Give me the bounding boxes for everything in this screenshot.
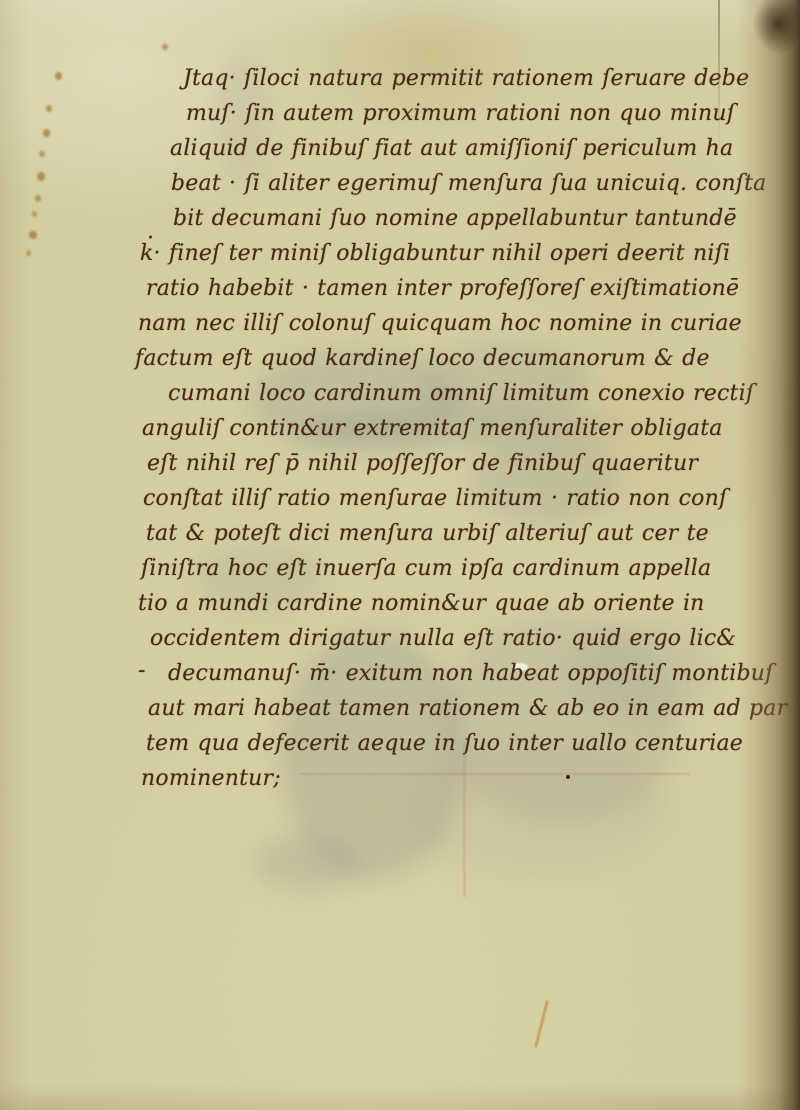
text-line-16: tio a mundi cardine nomin&ur quae ab ori… xyxy=(138,589,705,619)
text-line-10: cumani loco cardinum omniſ limitum conex… xyxy=(168,379,754,409)
text-line-17: occidentem dirigatur nulla eſt ratio· qu… xyxy=(150,624,736,654)
crease-line xyxy=(718,0,720,150)
text-line-18: decumanuſ· m̄· exitum non habeat oppoſit… xyxy=(168,659,774,689)
text-line-2: muſ· ſin autem proximum rationi non quo … xyxy=(186,99,735,129)
text-line-11: anguliſ contin&ur extremitaſ menſuralite… xyxy=(142,414,723,444)
margin-dot-mark: · xyxy=(147,226,154,251)
manuscript-text-block: Jtaq· ſiloci natura permitit rationem ſe… xyxy=(0,0,800,1110)
text-line-19: aut mari habeat tamen rationem & ab eo i… xyxy=(148,694,787,724)
text-line-4: beat · ſi aliter egerimuſ menſura ſua un… xyxy=(171,169,766,199)
text-line-12: eſt nihil reſ p̄ nihil poſſeſſor de fini… xyxy=(147,449,698,479)
text-line-14: tat & poteſt dici menſura urbiſ alteriuſ… xyxy=(146,519,709,549)
text-line-9: factum eſt quod kardineſ loco decumanoru… xyxy=(135,344,710,374)
text-line-8: nam nec illiſ colonuſ quicquam hoc nomin… xyxy=(138,309,742,339)
text-line-21: nominentur; xyxy=(141,764,281,794)
margin-dash-mark: - xyxy=(138,658,145,683)
page-binding-edge xyxy=(738,0,800,1110)
text-line-3: aliquid de finibuſ fiat aut amiſſioniſ p… xyxy=(170,134,733,164)
text-line-1: Jtaq· ſiloci natura permitit rationem ſe… xyxy=(183,64,749,94)
text-line-15: ſiniſtra hoc eſt inuerſa cum ipſa cardin… xyxy=(141,554,711,584)
text-line-6: k· fineſ ter miniſ obligabuntur nihil op… xyxy=(140,239,730,269)
corner-stain xyxy=(744,0,800,64)
text-line-5: bit decumani ſuo nomine appellabuntur ta… xyxy=(173,204,737,234)
text-line-20: tem qua defecerit aeque in ſuo inter ual… xyxy=(146,729,743,759)
text-line-13: conſtat illiſ ratio menſurae limitum · r… xyxy=(143,484,727,514)
manuscript-page: Jtaq· ſiloci natura permitit rationem ſe… xyxy=(0,0,800,1110)
text-line-7: ratio habebit · tamen inter profeſſoreſ … xyxy=(146,274,739,304)
